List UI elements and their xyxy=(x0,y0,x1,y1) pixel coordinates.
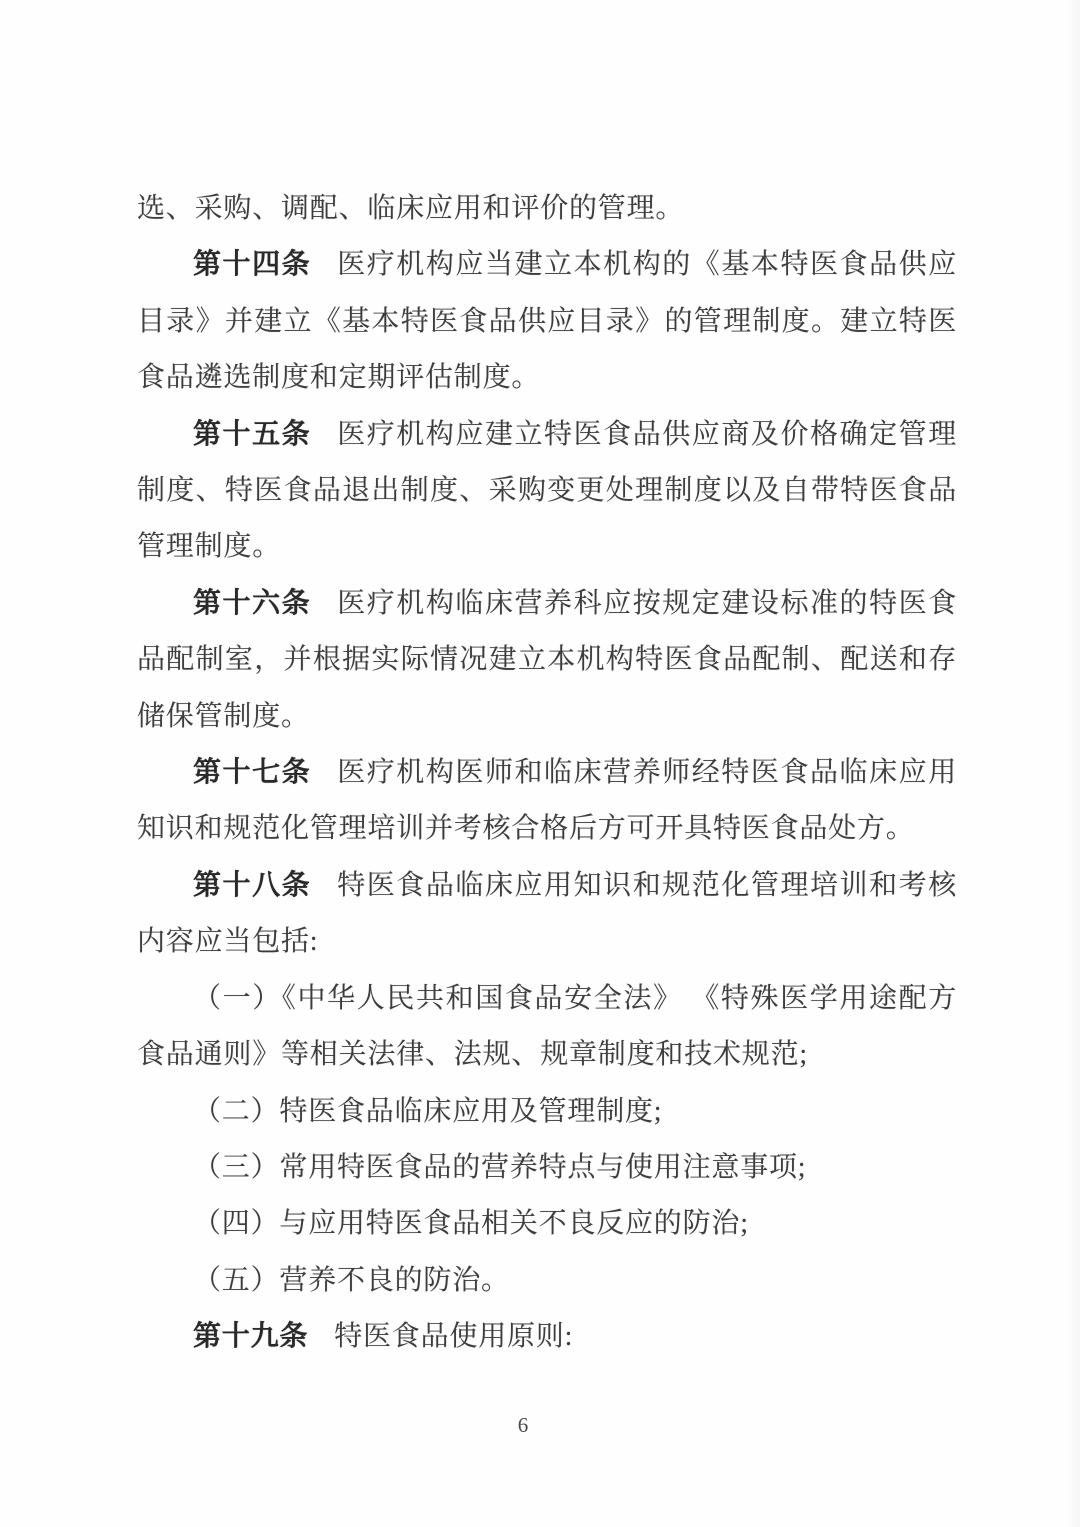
article-18-paragraph: 第十八条特医食品临床应用知识和规范化管理培训和考核内容应当包括: xyxy=(137,858,957,971)
list-item-1: （一）《中华人民共和国食品安全法》 《特殊医学用途配方食品通则》等相关法律、法规… xyxy=(137,971,957,1084)
article-17-paragraph: 第十七条医疗机构医师和临床营养师经特医食品临床应用知识和规范化管理培训并考核合格… xyxy=(137,745,957,858)
document-body: 选、采购、调配、临床应用和评价的管理。 第十四条医疗机构应当建立本机构的《基本特… xyxy=(137,181,957,1366)
list-item-2: （二）特医食品临床应用及管理制度; xyxy=(137,1084,957,1140)
article-18-label: 第十八条 xyxy=(193,870,311,901)
list-item-5: （五）营养不良的防治。 xyxy=(137,1253,957,1309)
article-17-label: 第十七条 xyxy=(193,757,311,788)
article-16-paragraph: 第十六条医疗机构临床营养科应按规定建设标准的特医食品配制室，并根据实际情况建立本… xyxy=(137,576,957,745)
list-item-4-text: （四）与应用特医食品相关不良反应的防治; xyxy=(193,1208,749,1239)
list-item-2-text: （二）特医食品临床应用及管理制度; xyxy=(193,1096,662,1127)
list-item-4: （四）与应用特医食品相关不良反应的防治; xyxy=(137,1196,957,1252)
scan-edge-shadow xyxy=(1066,0,1080,1527)
article-15-label: 第十五条 xyxy=(193,419,311,450)
article-19-label: 第十九条 xyxy=(193,1321,308,1352)
paragraph-continuation-text: 选、采购、调配、临床应用和评价的管理。 xyxy=(137,193,684,224)
list-item-1-text: （一）《中华人民共和国食品安全法》 《特殊医学用途配方食品通则》等相关法律、法规… xyxy=(137,983,957,1070)
article-16-label: 第十六条 xyxy=(193,588,311,619)
list-item-3-text: （三）常用特医食品的营养特点与使用注意事项; xyxy=(193,1152,806,1183)
article-14-label: 第十四条 xyxy=(193,249,311,280)
paragraph-continuation: 选、采购、调配、临床应用和评价的管理。 xyxy=(137,181,957,237)
list-item-5-text: （五）营养不良的防治。 xyxy=(193,1265,510,1296)
article-14-paragraph: 第十四条医疗机构应当建立本机构的《基本特医食品供应目录》并建立《基本特医食品供应… xyxy=(137,237,957,406)
document-page: 选、采购、调配、临床应用和评价的管理。 第十四条医疗机构应当建立本机构的《基本特… xyxy=(0,0,1080,1527)
article-15-paragraph: 第十五条医疗机构应建立特医食品供应商及价格确定管理制度、特医食品退出制度、采购变… xyxy=(137,407,957,576)
article-19-paragraph: 第十九条特医食品使用原则: xyxy=(137,1309,957,1365)
page-number: 6 xyxy=(0,1413,1046,1438)
article-19-text: 特医食品使用原则: xyxy=(334,1321,573,1352)
list-item-3: （三）常用特医食品的营养特点与使用注意事项; xyxy=(137,1140,957,1196)
